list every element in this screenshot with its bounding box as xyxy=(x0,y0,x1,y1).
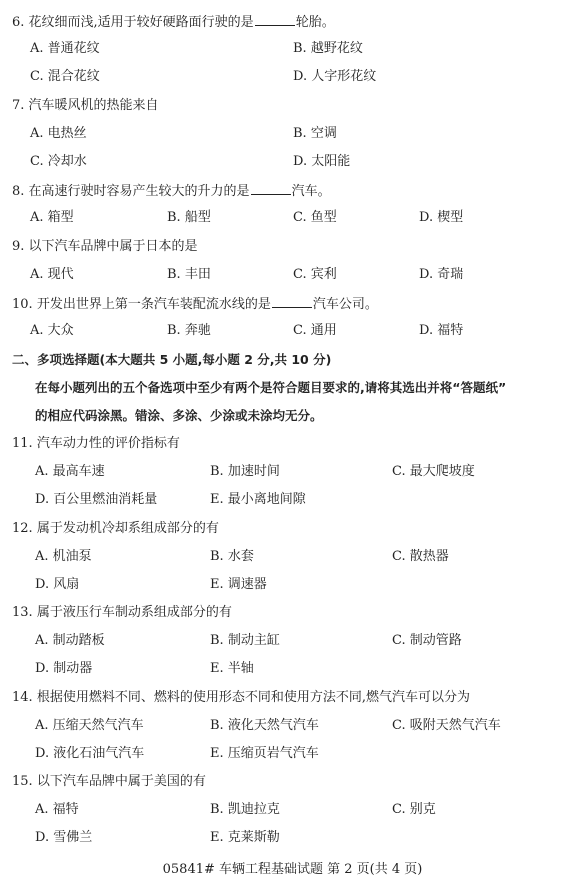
options-row: A. 制动踏板 B. 制动主缸 C. 制动管路 xyxy=(0,632,585,660)
question-stem: 12. 属于发动机冷却系组成部分的有 xyxy=(12,520,219,538)
question-stem: 9. 以下汽车品牌中属于日本的是 xyxy=(12,238,198,256)
options-row: D. 液化石油气汽车 E. 压缩页岩气汽车 xyxy=(0,745,585,773)
options-row: A. 电热丝 B. 空调 xyxy=(0,125,585,153)
stem-text-after: 轮胎。 xyxy=(296,15,335,30)
fill-blank xyxy=(251,181,291,195)
options-row: A. 普通花纹 B. 越野花纹 xyxy=(0,40,585,68)
option-d: D. 制动器 xyxy=(35,660,92,678)
option-e: E. 压缩页岩气汽车 xyxy=(210,745,319,763)
option-c: C. 混合花纹 xyxy=(30,68,100,86)
option-b: B. 水套 xyxy=(210,548,254,566)
question-number: 7. xyxy=(12,98,24,113)
question-14: 14. 根据使用燃料不同、燃料的使用形态不同和使用方法不同,燃气汽车可以分为 xyxy=(0,689,585,717)
question-6: 6. 花纹细而浅,适用于较好硬路面行驶的是轮胎。 xyxy=(0,12,585,40)
option-d: D. 人字形花纹 xyxy=(293,68,376,86)
stem-text: 花纹细而浅,适用于较好硬路面行驶的是 xyxy=(29,15,254,30)
question-10: 10. 开发出世界上第一条汽车装配流水线的是汽车公司。 xyxy=(0,294,585,322)
option-b: B. 加速时间 xyxy=(210,463,280,481)
options-row: A. 大众 B. 奔驰 C. 通用 D. 福特 xyxy=(0,322,585,350)
options-row: D. 百公里燃油消耗量 E. 最小离地间隙 xyxy=(0,491,585,519)
option-e: E. 调速器 xyxy=(210,576,267,594)
question-stem: 8. 在高速行驶时容易产生较大的升力的是汽车。 xyxy=(12,181,331,201)
option-c: C. 宾利 xyxy=(293,266,337,284)
question-number: 13. xyxy=(12,605,33,620)
option-c: C. 散热器 xyxy=(392,548,449,566)
option-d: D. 太阳能 xyxy=(293,153,350,171)
stem-text: 以下汽车品牌中属于日本的是 xyxy=(29,239,198,254)
option-c: C. 冷却水 xyxy=(30,153,87,171)
option-a: A. 机油泵 xyxy=(35,548,92,566)
option-b: B. 空调 xyxy=(293,125,337,143)
stem-text: 开发出世界上第一条汽车装配流水线的是 xyxy=(37,297,271,312)
option-b: B. 丰田 xyxy=(167,266,211,284)
question-stem: 14. 根据使用燃料不同、燃料的使用形态不同和使用方法不同,燃气汽车可以分为 xyxy=(12,689,470,707)
option-b: B. 船型 xyxy=(167,209,211,227)
options-row: A. 福特 B. 凯迪拉克 C. 别克 xyxy=(0,801,585,829)
exam-page: 6. 花纹细而浅,适用于较好硬路面行驶的是轮胎。 A. 普通花纹 B. 越野花纹… xyxy=(0,0,585,885)
stem-text: 在高速行驶时容易产生较大的升力的是 xyxy=(29,184,250,199)
section-2-instruction: 的相应代码涂黑。错涂、多涂、少涂或未涂均无分。 xyxy=(0,407,585,435)
page-footer: 05841# 车辆工程基础试题 第 2 页(共 4 页) xyxy=(0,858,585,877)
question-7: 7. 汽车暖风机的热能来自 xyxy=(0,97,585,125)
option-a: A. 普通花纹 xyxy=(30,40,100,58)
option-c: C. 鱼型 xyxy=(293,209,337,227)
option-a: A. 福特 xyxy=(35,801,79,819)
option-a: A. 压缩天然气汽车 xyxy=(35,717,144,735)
question-stem: 15. 以下汽车品牌中属于美国的有 xyxy=(12,773,206,791)
question-9: 9. 以下汽车品牌中属于日本的是 xyxy=(0,238,585,266)
fill-blank xyxy=(272,294,312,308)
stem-text-after: 汽车。 xyxy=(292,184,331,199)
options-row: A. 箱型 B. 船型 C. 鱼型 D. 楔型 xyxy=(0,209,585,237)
option-a: A. 电热丝 xyxy=(30,125,87,143)
question-stem: 11. 汽车动力性的评价指标有 xyxy=(12,435,180,453)
options-row: A. 机油泵 B. 水套 C. 散热器 xyxy=(0,548,585,576)
question-number: 11. xyxy=(12,436,33,451)
option-d: D. 雪佛兰 xyxy=(35,829,92,847)
question-number: 8. xyxy=(12,184,24,199)
options-row: A. 压缩天然气汽车 B. 液化天然气汽车 C. 吸附天然气汽车 xyxy=(0,717,585,745)
section-2-header: 二、多项选择题(本大题共 5 小题,每小题 2 分,共 10 分) xyxy=(0,351,585,379)
question-8: 8. 在高速行驶时容易产生较大的升力的是汽车。 xyxy=(0,181,585,209)
option-c: C. 吸附天然气汽车 xyxy=(392,717,501,735)
option-d: D. 百公里燃油消耗量 xyxy=(35,491,157,509)
option-d: D. 福特 xyxy=(419,322,463,340)
question-stem: 13. 属于液压行车制动系组成部分的有 xyxy=(12,604,232,622)
question-number: 14. xyxy=(12,690,33,705)
option-d: D. 楔型 xyxy=(419,209,463,227)
section-2-instruction: 在每小题列出的五个备选项中至少有两个是符合题目要求的,请将其选出并将“答题纸” xyxy=(0,379,585,407)
stem-text: 属于发动机冷却系组成部分的有 xyxy=(37,521,219,536)
fill-blank xyxy=(255,12,295,26)
options-row: D. 雪佛兰 E. 克莱斯勒 xyxy=(0,829,585,857)
options-row: C. 混合花纹 D. 人字形花纹 xyxy=(0,68,585,96)
option-a: A. 最高车速 xyxy=(35,463,105,481)
option-a: A. 箱型 xyxy=(30,209,74,227)
instruction-line-1: 在每小题列出的五个备选项中至少有两个是符合题目要求的,请将其选出并将“答题纸” xyxy=(35,379,506,397)
question-stem: 10. 开发出世界上第一条汽车装配流水线的是汽车公司。 xyxy=(12,294,378,314)
option-c: C. 制动管路 xyxy=(392,632,462,650)
question-11: 11. 汽车动力性的评价指标有 xyxy=(0,435,585,463)
question-13: 13. 属于液压行车制动系组成部分的有 xyxy=(0,604,585,632)
option-b: B. 液化天然气汽车 xyxy=(210,717,319,735)
stem-text: 以下汽车品牌中属于美国的有 xyxy=(37,774,206,789)
question-stem: 6. 花纹细而浅,适用于较好硬路面行驶的是轮胎。 xyxy=(12,12,335,32)
options-row: A. 最高车速 B. 加速时间 C. 最大爬坡度 xyxy=(0,463,585,491)
options-row: D. 制动器 E. 半轴 xyxy=(0,660,585,688)
question-number: 15. xyxy=(12,774,33,789)
question-number: 12. xyxy=(12,521,33,536)
option-d: D. 液化石油气汽车 xyxy=(35,745,144,763)
stem-text: 属于液压行车制动系组成部分的有 xyxy=(37,605,232,620)
question-15: 15. 以下汽车品牌中属于美国的有 xyxy=(0,773,585,801)
options-row: C. 冷却水 D. 太阳能 xyxy=(0,153,585,181)
option-b: B. 制动主缸 xyxy=(210,632,280,650)
option-b: B. 凯迪拉克 xyxy=(210,801,280,819)
stem-text-after: 汽车公司。 xyxy=(313,297,378,312)
option-d: D. 风扇 xyxy=(35,576,79,594)
option-c: C. 通用 xyxy=(293,322,337,340)
question-number: 6. xyxy=(12,15,24,30)
option-e: E. 克莱斯勒 xyxy=(210,829,280,847)
section-title: 二、多项选择题(本大题共 5 小题,每小题 2 分,共 10 分) xyxy=(12,351,331,369)
option-b: B. 奔驰 xyxy=(167,322,211,340)
options-row: A. 现代 B. 丰田 C. 宾利 D. 奇瑞 xyxy=(0,266,585,294)
stem-text: 汽车动力性的评价指标有 xyxy=(37,436,180,451)
option-a: A. 大众 xyxy=(30,322,74,340)
options-row: D. 风扇 E. 调速器 xyxy=(0,576,585,604)
question-number: 9. xyxy=(12,239,24,254)
question-stem: 7. 汽车暖风机的热能来自 xyxy=(12,97,159,115)
stem-text: 根据使用燃料不同、燃料的使用形态不同和使用方法不同,燃气汽车可以分为 xyxy=(37,690,470,705)
option-a: A. 制动踏板 xyxy=(35,632,105,650)
stem-text: 汽车暖风机的热能来自 xyxy=(29,98,159,113)
question-12: 12. 属于发动机冷却系组成部分的有 xyxy=(0,520,585,548)
option-e: E. 最小离地间隙 xyxy=(210,491,306,509)
option-b: B. 越野花纹 xyxy=(293,40,363,58)
option-a: A. 现代 xyxy=(30,266,74,284)
option-e: E. 半轴 xyxy=(210,660,254,678)
option-d: D. 奇瑞 xyxy=(419,266,463,284)
instruction-line-2: 的相应代码涂黑。错涂、多涂、少涂或未涂均无分。 xyxy=(35,407,323,425)
option-c: C. 最大爬坡度 xyxy=(392,463,475,481)
option-c: C. 别克 xyxy=(392,801,436,819)
question-number: 10. xyxy=(12,297,33,312)
